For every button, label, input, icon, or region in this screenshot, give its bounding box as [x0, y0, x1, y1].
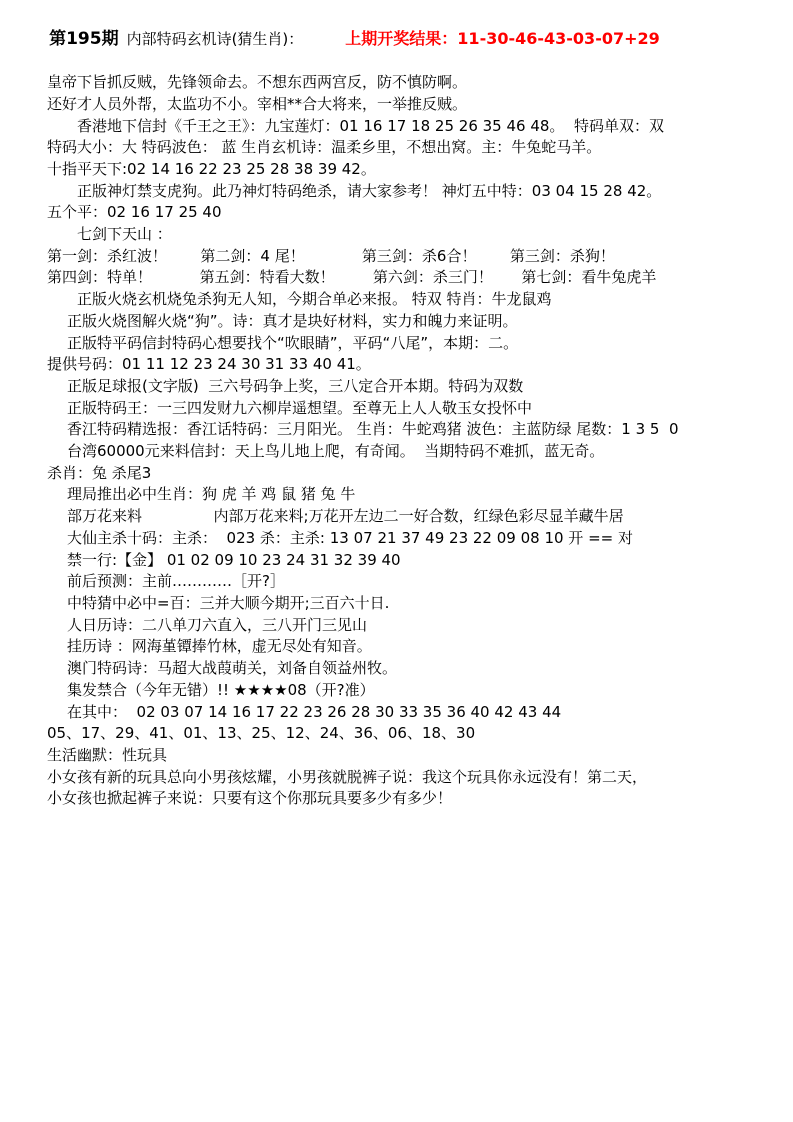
content-lines: 皇帝下旨抓反贼，先锋领命去。不想东西两宫反，防不慎防啊。还好才人员外帮，太监功不… [30, 72, 783, 810]
text-line: 特码大小：大 特码波色： 蓝 生肖玄机诗：温柔乡里，不想出窝。主：牛兔蛇马羊。 [47, 137, 783, 159]
text-line: 正版特码王：一三四发财九六柳岸遥想望。至尊无上人人敬玉女投怀中 [67, 398, 783, 420]
text-line: 提供号码：01 11 12 23 24 30 31 33 40 41。 [47, 354, 783, 376]
text-line: 挂历诗 ：网海堇镡捧竹林，虚无尽处有知音。 [67, 636, 783, 658]
text-line: 理局推出必中生肖：狗 虎 羊 鸡 鼠 猪 兔 牛 [67, 484, 783, 506]
text-line: 皇帝下旨抓反贼，先锋领命去。不想东西两宫反，防不慎防啊。 [47, 72, 783, 94]
text-line: 中特猜中必中=百：三并大顺今期开;三百六十日. [67, 593, 783, 615]
text-line: 正版特平码信封特码心想要找个“吹眼睛”，平码“八尾”，本期：二。 [67, 333, 783, 355]
text-line: 05、17、29、41、01、13、25、12、24、36、06、18、30 [47, 723, 783, 745]
text-line: 人日历诗：二八单刀六直入，三八开门三见山 [67, 615, 783, 637]
text-line: 澳门特码诗：马超大战葭萌关，刘备自领益州牧。 [67, 658, 783, 680]
text-line: 杀肖：兔 杀尾3 [47, 463, 783, 485]
text-line: 小女孩有新的玩具总向小男孩炫耀，小男孩就脱裤子说：我这个玩具你永远没有！第二天， [47, 767, 783, 789]
text-line: 大仙主杀十码：主杀： 023 杀：主杀: 13 07 21 37 49 23 2… [67, 528, 783, 550]
lottery-tips-page: 第195期内部特码玄机诗(猜生肖)：上期开奖结果：11-30-46-43-03-… [0, 0, 793, 1122]
last-draw-result: 上期开奖结果：11-30-46-43-03-07+29 [345, 29, 659, 48]
text-line: 正版火烧图解火烧“狗”。诗：真才是块好材料，实力和魄力来证明。 [67, 311, 783, 333]
text-line: 还好才人员外帮，太监功不小。宰相**合大将来，一举推反贼。 [47, 94, 783, 116]
text-line: 第一剑：杀红波！ 第二剑：4 尾！ 第三剑：杀6合！ 第三剑：杀狗！ [47, 246, 783, 268]
text-line: 正版神灯禁支虎狗。此乃神灯特码绝杀，请大家参考！ 神灯五中特：03 04 15 … [77, 181, 783, 203]
issue-number: 第195期 [49, 29, 119, 49]
text-line: 七剑下天山 ： [77, 224, 783, 246]
text-line: 正版足球报(文字版) 三六号码争上奖，三八定合开本期。特码为双数 [67, 376, 783, 398]
text-line: 禁一行:【金】 01 02 09 10 23 24 31 32 39 40 [67, 550, 783, 572]
text-line: 生活幽默：性玩具 [47, 745, 783, 767]
page-title: 内部特码玄机诗(猜生肖)： [127, 30, 304, 48]
header-line: 第195期内部特码玄机诗(猜生肖)：上期开奖结果：11-30-46-43-03-… [30, 6, 783, 72]
text-line: 小女孩也掀起裤子来说：只要有这个你那玩具要多少有多少！ [47, 788, 783, 810]
text-line: 香港地下信封《千王之王》：九宝莲灯：01 16 17 18 25 26 35 4… [77, 116, 783, 138]
text-line: 部万花来料 内部万花来料;万花开左边二一好合数，红绿色彩尽显羊藏牛居 [67, 506, 783, 528]
text-line: 香江特码精选报：香江话特码：三月阳光。 生肖：牛蛇鸡猪 波色：主蓝防绿 尾数：1… [67, 419, 783, 441]
text-line: 在其中： 02 03 07 14 16 17 22 23 26 28 30 33… [67, 702, 783, 724]
text-line: 正版火烧玄机烧兔杀狗无人知，今期合单必来报。 特双 特肖：牛龙鼠鸡 [77, 289, 783, 311]
text-line: 集发禁合（今年无错）!! ★★★★08（开?准） [67, 680, 783, 702]
text-line: 第四剑：特单！ 第五剑：特看大数！ 第六剑：杀三门！ 第七剑：看牛兔虎羊 [47, 267, 783, 289]
text-line: 十指平天下:02 14 16 22 23 25 28 38 39 42。 [47, 159, 783, 181]
text-line: 五个平：02 16 17 25 40 [47, 202, 783, 224]
text-line: 前后预测：主前…………［开?］ [67, 571, 783, 593]
text-line: 台湾60000元来料信封：天上鸟儿地上爬，有奇闻。 当期特码不难抓，蓝无奇。 [67, 441, 783, 463]
